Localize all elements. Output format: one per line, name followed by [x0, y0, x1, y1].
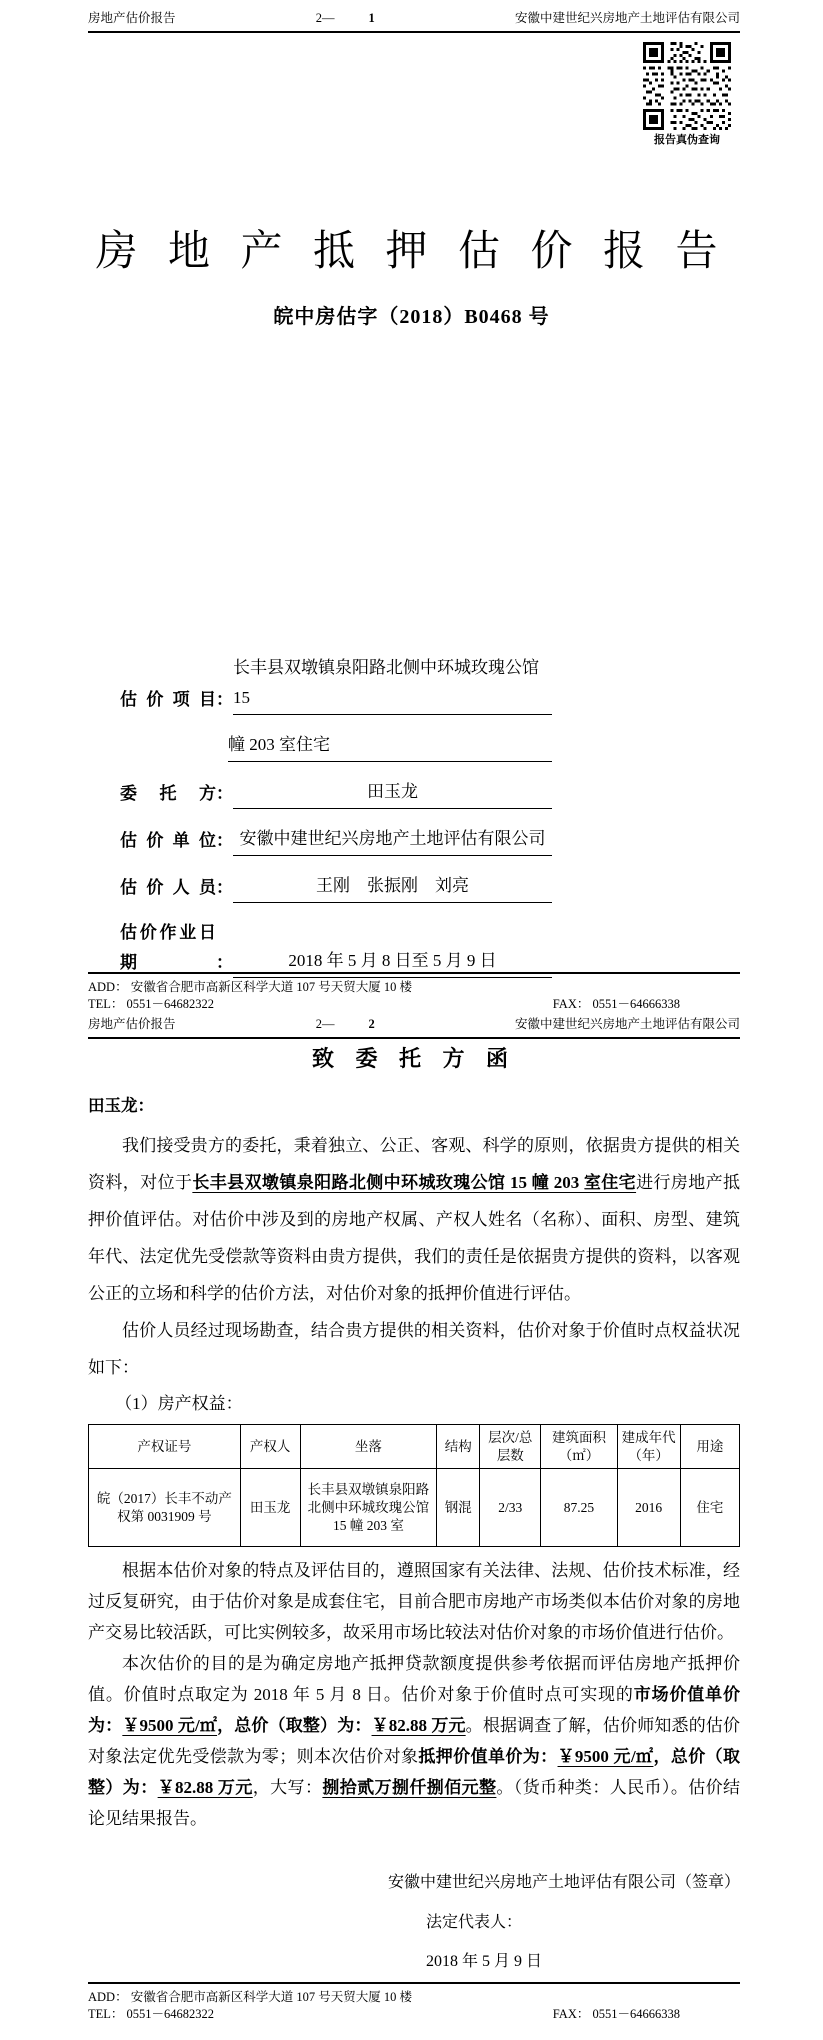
letter-paragraph-4: 本次估价的目的是为确定房地产抵押贷款额度提供参考依据而评估房地产抵押价值。价值时… [88, 1648, 740, 1834]
letter-paragraph-3: 根据本估价对象的特点及评估目的，遵照国家有关法律、法规、估价技术标准，经过反复研… [88, 1555, 740, 1648]
letter-to-client: 致 委 托 方 函 田玉龙： 我们接受贵方的委托，秉着独立、公正、客观、科学的原… [88, 1042, 740, 1834]
field-project-value-line2: 幢 203 室住宅 [228, 730, 552, 762]
qr-code-image [640, 42, 734, 130]
page1-footer: ADD： 安徽省合肥市高新区科学大道 107 号天贸大厦 10 楼 TEL： 0… [88, 972, 740, 1013]
colon: ： [216, 779, 233, 809]
mortgage-total-price-value: ￥82.88 万元 [158, 1778, 253, 1797]
signature-company: 安徽中建世纪兴房地产土地评估有限公司（签章） [88, 1868, 740, 1898]
page1-header: 房地产估价报告 2—1 安徽中建世纪兴房地产土地评估有限公司 [88, 8, 740, 33]
field-client-value: 田玉龙 [233, 777, 552, 809]
market-unit-price-value: ￥9500 元/㎡ [122, 1716, 217, 1735]
cover-fields: 估价项目： 长丰县双墩镇泉阳路北侧中环城玫瑰公馆 15 幢 203 室住宅 委托… [120, 653, 552, 993]
field-staff: 估价人员： 王刚 张振刚 刘亮 [120, 871, 552, 903]
letter-salutation: 田玉龙： [88, 1091, 740, 1121]
footer-address: ADD： 安徽省合肥市高新区科学大道 107 号天贸大厦 10 楼 [88, 1989, 740, 2006]
footer-address: ADD： 安徽省合肥市高新区科学大道 107 号天贸大厦 10 楼 [88, 979, 740, 996]
table-header-row: 产权证号 产权人 坐落 结构 层次/总层数 建筑面积（㎡） 建成年代（年） 用途 [89, 1425, 740, 1469]
qr-caption: 报告真伪查询 [626, 131, 748, 147]
header-doc-type: 房地产估价报告 [88, 8, 176, 26]
amount-in-words: 捌拾贰万捌仟捌佰元整 [322, 1778, 496, 1797]
footer-fax: FAX： 0551－64666338 [553, 996, 680, 1013]
colon: ： [216, 685, 233, 715]
table-row: 皖（2017）长丰不动产权第 0031909 号 田玉龙 长丰县双墩镇泉阳路北侧… [89, 1469, 740, 1547]
colon: ： [216, 826, 233, 856]
field-client: 委托方： 田玉龙 [120, 777, 552, 809]
header-page-number: 2—1 [316, 11, 375, 26]
signature-date: 2018 年 5 月 9 日 [426, 1947, 740, 1977]
col-location: 坐落 [300, 1425, 437, 1469]
field-client-label: 委托方 [120, 779, 216, 809]
report-doc-number: 皖中房估字（2018）B0468 号 [0, 300, 823, 329]
col-floor-area: 建筑面积（㎡） [541, 1425, 617, 1469]
field-work-date: 估价作业日期： 2018 年 5 月 8 日至 5 月 9 日 [120, 918, 552, 978]
cell-location: 长丰县双墩镇泉阳路北侧中环城玫瑰公馆 15 幢 203 室 [300, 1469, 437, 1547]
field-project-value-line1: 长丰县双墩镇泉阳路北侧中环城玫瑰公馆 15 [233, 653, 552, 715]
field-agency-value: 安徽中建世纪兴房地产土地评估有限公司 [233, 824, 552, 856]
letter-item-property-rights: （1）房产权益： [88, 1386, 740, 1422]
field-staff-label: 估价人员 [120, 873, 216, 903]
property-rights-table: 产权证号 产权人 坐落 结构 层次/总层数 建筑面积（㎡） 建成年代（年） 用途… [88, 1424, 740, 1547]
field-work-date-label: 估价作业日期 [120, 918, 216, 978]
signature-legal-rep: 法定代表人： [426, 1908, 740, 1938]
letter-title: 致 委 托 方 函 [88, 1042, 740, 1073]
header-page-number: 2—2 [316, 1017, 375, 1032]
property-address-emphasis: 长丰县双墩镇泉阳路北侧中环城玫瑰公馆 15 幢 203 室住宅 [192, 1173, 636, 1192]
col-year-built: 建成年代（年） [617, 1425, 680, 1469]
mortgage-unit-price-value: ￥9500 元/㎡ [558, 1747, 654, 1766]
market-total-price-label: 总价（取整）为： [234, 1716, 371, 1735]
field-project-label: 估价项目 [120, 685, 216, 715]
cell-owner: 田玉龙 [240, 1469, 300, 1547]
report-title: 房 地 产 抵 押 估 价 报 告 [0, 218, 823, 278]
cell-floor: 2/33 [480, 1469, 541, 1547]
letter-paragraph-1: 我们接受贵方的委托，秉着独立、公正、客观、科学的原则，依据贵方提供的相关资料，对… [88, 1127, 740, 1312]
header-doc-type: 房地产估价报告 [88, 1014, 176, 1032]
page2-footer: ADD： 安徽省合肥市高新区科学大道 107 号天贸大厦 10 楼 TEL： 0… [88, 1982, 740, 2023]
letter-paragraph-2: 估价人员经过现场勘查，结合贵方提供的相关资料，估价对象于价值时点权益状况如下： [88, 1312, 740, 1386]
mortgage-unit-price-label: 抵押价值单价为： [418, 1747, 557, 1766]
signature-block: 安徽中建世纪兴房地产土地评估有限公司（签章） 法定代表人： 2018 年 5 月… [88, 1868, 740, 1977]
cell-year-built: 2016 [617, 1469, 680, 1547]
col-floor: 层次/总层数 [480, 1425, 541, 1469]
field-agency: 估价单位： 安徽中建世纪兴房地产土地评估有限公司 [120, 824, 552, 856]
page2-header: 房地产估价报告 2—2 安徽中建世纪兴房地产土地评估有限公司 [88, 1014, 740, 1039]
cell-structure: 钢混 [437, 1469, 480, 1547]
col-usage: 用途 [680, 1425, 739, 1469]
field-agency-label: 估价单位 [120, 826, 216, 856]
colon: ： [216, 873, 233, 903]
cell-certificate-no: 皖（2017）长丰不动产权第 0031909 号 [89, 1469, 241, 1547]
footer-tel: TEL： 0551－64682322 [88, 996, 214, 1013]
cell-floor-area: 87.25 [541, 1469, 617, 1547]
market-total-price-value: ￥82.88 万元 [372, 1716, 466, 1735]
field-project-continuation: 幢 203 室住宅 [120, 730, 552, 762]
field-project: 估价项目： 长丰县双墩镇泉阳路北侧中环城玫瑰公馆 15 [120, 653, 552, 715]
footer-tel: TEL： 0551－64682322 [88, 2006, 214, 2023]
col-owner: 产权人 [240, 1425, 300, 1469]
field-staff-value: 王刚 张振刚 刘亮 [233, 871, 552, 903]
col-certificate-no: 产权证号 [89, 1425, 241, 1469]
header-company-name: 安徽中建世纪兴房地产土地评估有限公司 [515, 8, 740, 26]
cell-usage: 住宅 [680, 1469, 739, 1547]
footer-fax: FAX： 0551－64666338 [553, 2006, 680, 2023]
header-company-name: 安徽中建世纪兴房地产土地评估有限公司 [515, 1014, 740, 1032]
qr-code [640, 42, 734, 130]
col-structure: 结构 [437, 1425, 480, 1469]
